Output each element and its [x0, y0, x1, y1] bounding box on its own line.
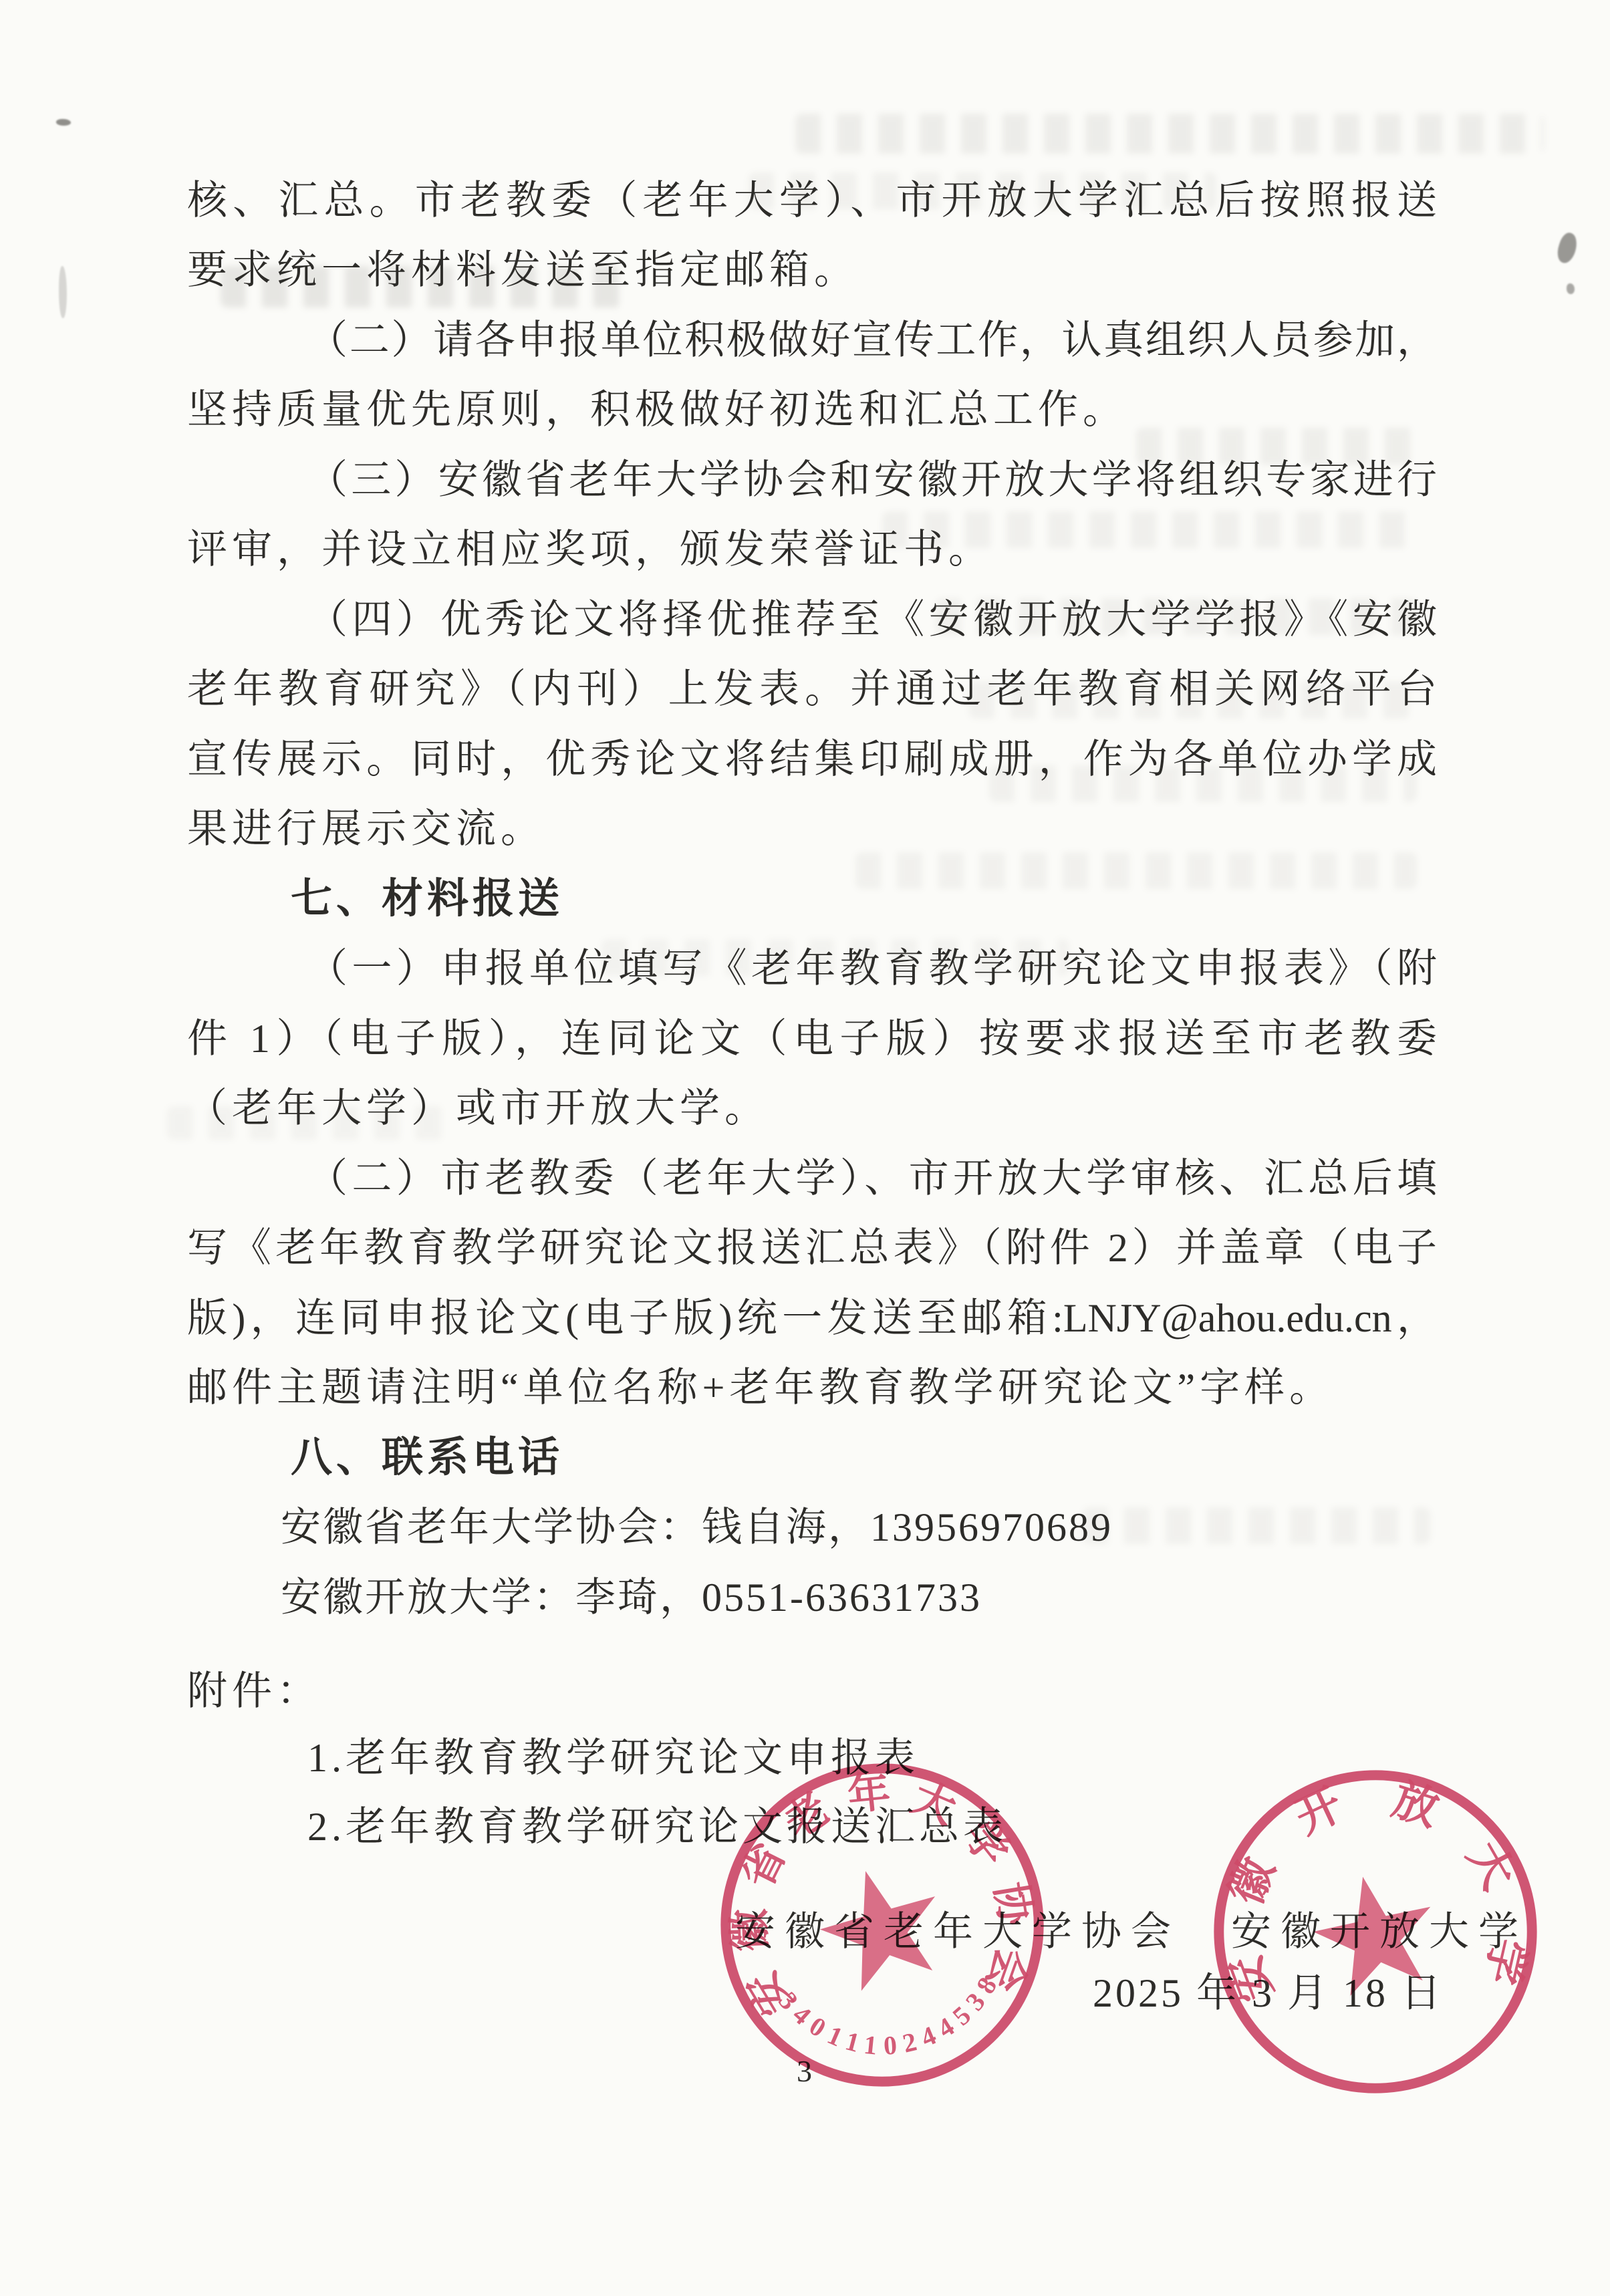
- paragraph-line: 邮件主题请注明“单位名称+老年教育教学研究论文”字样。: [187, 1366, 1437, 1410]
- paragraph-line: 版)，连同申报论文(电子版)统一发送至邮箱:LNJY@ahou.edu.cn，: [187, 1296, 1437, 1340]
- scan-mark: [1555, 231, 1581, 265]
- paragraph-line: 写《老年教育教学研究论文报送汇总表》（附件 2）并盖章（电子: [187, 1226, 1437, 1270]
- star-icon: [1304, 1864, 1445, 2001]
- paragraph-line: （二）市老教委（老年大学）、市开放大学审核、汇总后填: [187, 1156, 1437, 1200]
- scan-mark: [56, 119, 71, 126]
- paragraph-line: （四）优秀论文将择优推荐至《安徽开放大学学报》《安徽: [187, 598, 1437, 642]
- paragraph-line: （二）请各申报单位积极做好宣传工作，认真组织人员参加，: [187, 318, 1437, 362]
- section-heading-material-submission: 七、材料报送: [187, 877, 1437, 921]
- paragraph-line: 宣传展示。同时，优秀论文将结集印刷成册，作为各单位办学成: [187, 737, 1437, 781]
- scan-mark: [1567, 283, 1575, 294]
- seal-ring-text: 安徽开放大学: [1207, 1765, 1538, 2010]
- section-heading-contact-phone: 八、联系电话: [187, 1436, 1437, 1480]
- paragraph-line: （三）安徽省老年大学协会和安徽开放大学将组织专家进行: [187, 458, 1437, 502]
- paragraph-line: 果进行展示交流。: [187, 807, 1437, 851]
- star-icon: [808, 1855, 954, 1997]
- contact-line-association: 安徽省老年大学协会：钱自海，13956970689: [187, 1505, 1437, 1549]
- paragraph-line: （一）申报单位填写《老年教育教学研究论文申报表》（附: [187, 946, 1437, 991]
- paragraph-line: 件 1）（电子版），连同论文（电子版）按要求报送至市老教委: [187, 1017, 1437, 1061]
- contact-line-university: 安徽开放大学：李琦，0551-63631733: [187, 1575, 1437, 1620]
- paragraph-line: 核、汇总。市老教委（老年大学）、市开放大学汇总后按照报送: [187, 178, 1437, 223]
- attachments-label: 附件：: [187, 1669, 1437, 1713]
- paragraph-line: 坚持质量优先原则，积极做好初选和汇总工作。: [187, 388, 1437, 432]
- paragraph-line: （老年大学）或市开放大学。: [187, 1086, 1437, 1130]
- paragraph-line: 老年教育研究》（内刊）上发表。并通过老年教育相关网络平台: [187, 667, 1437, 711]
- document-page: 核、汇总。市老教委（老年大学）、市开放大学汇总后按照报送 要求统一将材料发送至指…: [0, 0, 1610, 2296]
- official-seal-right: 安徽开放大学: [1203, 1759, 1548, 2104]
- bleedthrough-artifact: [795, 114, 1544, 154]
- official-seal-left: 安徽省老年大学协会 3401110244538: [710, 1753, 1055, 2097]
- scan-mark: [59, 266, 67, 318]
- svg-text:安徽开放大学: 安徽开放大学: [1207, 1765, 1538, 2010]
- paragraph-line: 评审，并设立相应奖项，颁发荣誉证书。: [187, 527, 1437, 571]
- paragraph-line: 要求统一将材料发送至指定邮箱。: [187, 248, 1437, 292]
